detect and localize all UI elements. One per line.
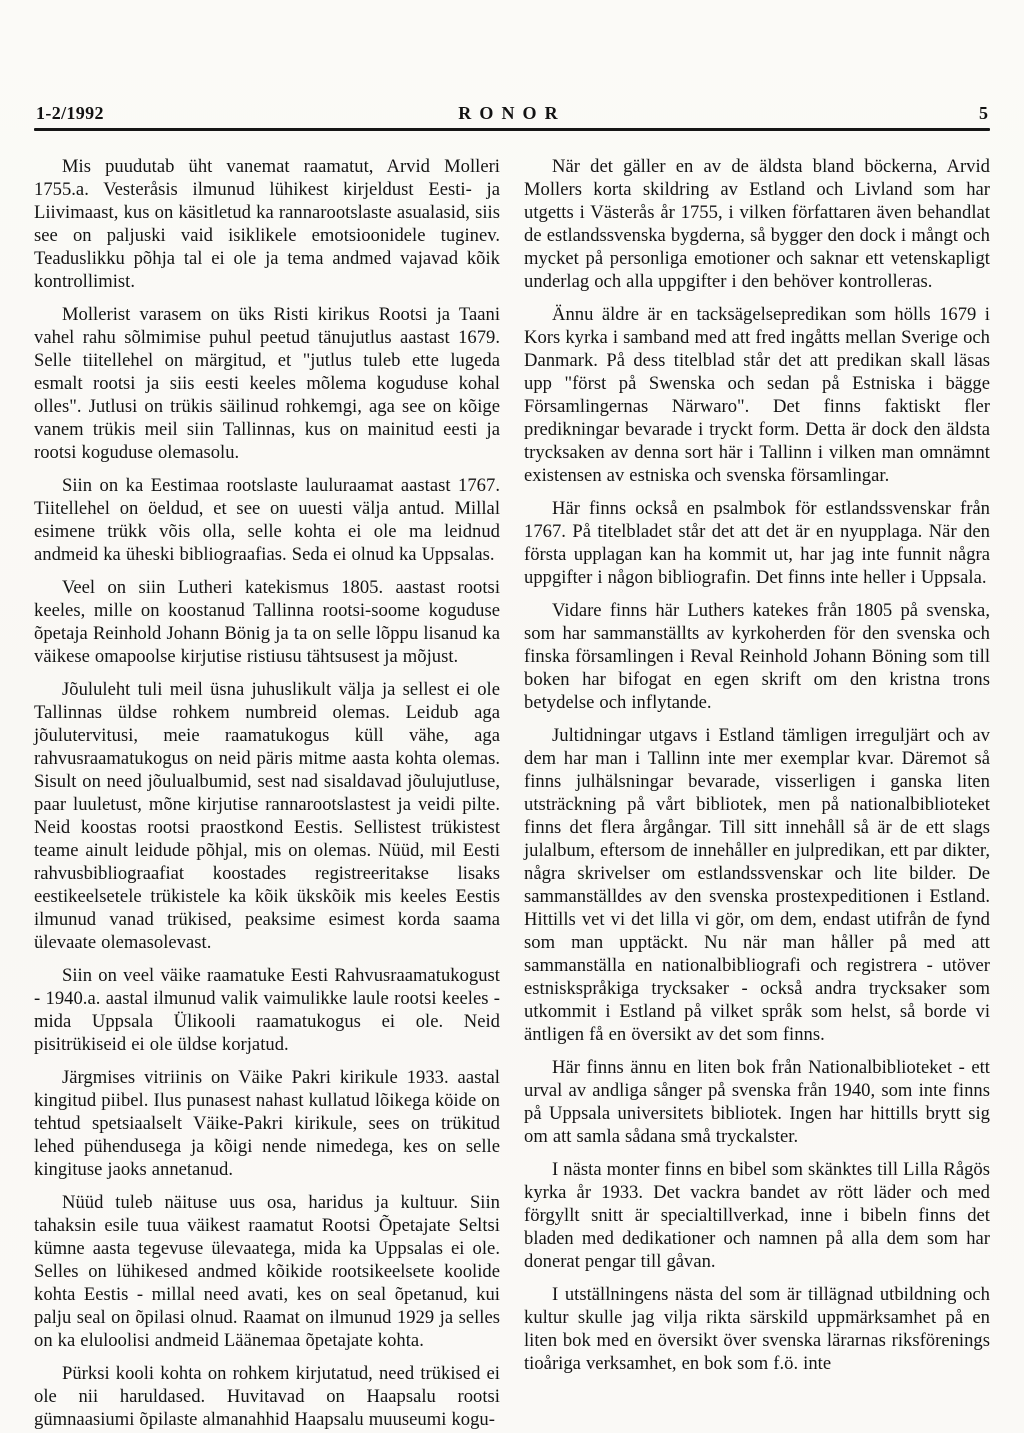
paragraph: Siin on ka Eestimaa rootslaste lauluraam… <box>34 474 500 566</box>
paragraph: Mollerist varasem on üks Risti kirikus R… <box>34 303 500 464</box>
paragraph: Veel on siin Lutheri katekismus 1805. aa… <box>34 576 500 668</box>
paragraph: Här finns också en psalmbok för estlands… <box>524 497 990 589</box>
paragraph: Jõululeht tuli meil üsna juhuslikult väl… <box>34 678 500 954</box>
article-body: Mis puudutab üht vanemat raamatut, Arvid… <box>34 155 990 1431</box>
paragraph: Nüüd tuleb näituse uus osa, haridus ja k… <box>34 1191 500 1352</box>
journal-page: 1-2/1992 RONOR 5 Mis puudutab üht vanema… <box>0 0 1024 1433</box>
paragraph: I utställningens nästa del som är tilläg… <box>524 1283 990 1375</box>
page-header: 1-2/1992 RONOR 5 <box>34 0 990 124</box>
journal-title: RONOR <box>458 103 566 124</box>
paragraph: Järgmises vitriinis on Väike Pakri kirik… <box>34 1066 500 1181</box>
paragraph: Vidare finns här Luthers katekes från 18… <box>524 599 990 714</box>
left-column-estonian: Mis puudutab üht vanemat raamatut, Arvid… <box>34 155 500 1431</box>
page-number: 5 <box>979 103 988 124</box>
paragraph: Mis puudutab üht vanemat raamatut, Arvid… <box>34 155 500 293</box>
paragraph: Här finns ännu en liten bok från Nationa… <box>524 1056 990 1148</box>
paragraph: Siin on veel väike raamatuke Eesti Rahvu… <box>34 964 500 1056</box>
paragraph: Pürksi kooli kohta on rohkem kirjutatud,… <box>34 1362 500 1431</box>
right-column-swedish: När det gäller en av de äldsta bland böc… <box>524 155 990 1431</box>
issue-number: 1-2/1992 <box>36 103 104 124</box>
paragraph: Jultidningar utgavs i Estland tämligen i… <box>524 724 990 1046</box>
header-rule <box>34 128 990 131</box>
paragraph: Ännu äldre är en tacksägelsepredikan som… <box>524 303 990 487</box>
paragraph: I nästa monter finns en bibel som skänkt… <box>524 1158 990 1273</box>
paragraph: När det gäller en av de äldsta bland böc… <box>524 155 990 293</box>
